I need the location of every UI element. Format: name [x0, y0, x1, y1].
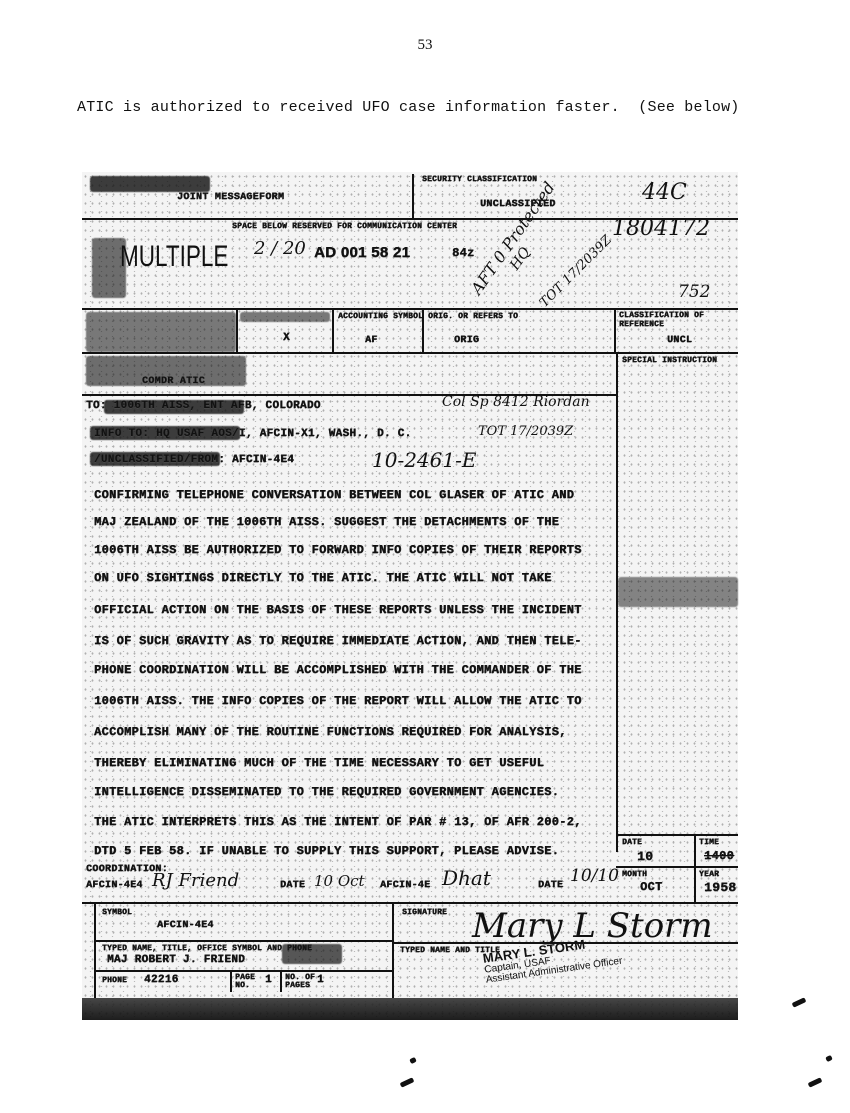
time-label: TIME — [699, 838, 719, 847]
coordination-first-office: AFCIN-4E4 — [86, 880, 143, 891]
scan-speck — [409, 1057, 417, 1064]
body-line: THEREBY ELIMINATING MUCH OF THE TIME NEC… — [94, 756, 544, 770]
body-line: PHONE COORDINATION WILL BE ACCOMPLISHED … — [94, 663, 582, 677]
date-value: 10 — [637, 849, 653, 864]
date-label: DATE — [622, 838, 642, 847]
symbol-label: SYMBOL — [102, 908, 132, 917]
phone-value: 42216 — [144, 974, 179, 986]
info-line: INFO TO: HQ USAF AOS/I, AFCIN-X1, WASH.,… — [94, 428, 411, 440]
divider — [280, 970, 282, 992]
redaction-blot — [90, 176, 210, 192]
type-msg-value: X — [283, 332, 290, 344]
handwritten-note: 752 — [678, 282, 710, 302]
body-line: IS OF SUCH GRAVITY AS TO REQUIRE IMMEDIA… — [94, 634, 582, 648]
body-line: DTD 5 FEB 58. IF UNABLE TO SUPPLY THIS S… — [94, 844, 559, 858]
divider — [94, 902, 96, 998]
coordination-first-signature: RJ Friend — [152, 870, 239, 891]
scan-smudge — [282, 944, 342, 964]
coordination-second-office: AFCIN-4E — [380, 880, 430, 891]
divider — [422, 308, 424, 352]
body-line: MAJ ZEALAND OF THE 1006TH AISS. SUGGEST … — [94, 515, 559, 529]
scan-bottom-edge — [82, 998, 738, 1020]
no-of-pages-label: NO. OF PAGES — [285, 974, 315, 990]
joint-messageform: JOINT MESSAGEFORM SECURITY CLASSIFICATIO… — [82, 172, 738, 1020]
page-number: 53 — [0, 37, 850, 54]
month-label: MONTH — [622, 870, 647, 879]
symbol-value: AFCIN-4E4 — [157, 920, 214, 931]
year-value: 1958 — [704, 880, 736, 895]
date-time-stamp: AD 001 58 21 — [314, 244, 410, 261]
stamp-suffix: 84z — [452, 246, 475, 260]
month-value: OCT — [640, 880, 663, 894]
coordination-second-signature: Dhat — [442, 866, 491, 890]
form-title: JOINT MESSAGEFORM — [177, 192, 284, 203]
redaction-blot — [86, 312, 236, 352]
divider — [236, 308, 238, 352]
body-line: 1006TH AISS BE AUTHORIZED TO FORWARD INF… — [94, 543, 582, 557]
divider — [82, 352, 738, 354]
accounting-symbol-label: ACCOUNTING SYMBOL — [338, 312, 423, 321]
page-caption: ATIC is authorized to received UFO case … — [77, 99, 740, 116]
year-label: YEAR — [699, 870, 719, 879]
to-handwritten: Col Sp 8412 Riordan — [442, 394, 590, 410]
divider — [412, 174, 414, 218]
divider — [94, 940, 392, 942]
coordination-second-date: 10/10 — [570, 866, 619, 886]
body-line: INTELLIGENCE DISSEMINATED TO THE REQUIRE… — [94, 785, 559, 799]
phone-label: PHONE — [102, 976, 127, 985]
special-instruction-label: SPECIAL INSTRUCTION — [622, 356, 717, 365]
scan-speck — [400, 1077, 415, 1087]
scan-speck — [825, 1055, 833, 1062]
handwritten-multiple: MULTIPLE — [120, 240, 228, 274]
divider — [94, 970, 392, 972]
scan-smudge — [618, 577, 738, 607]
classification-of-reference: UNCL — [667, 335, 692, 346]
coordination-date-label: DATE — [280, 880, 305, 891]
no-of-pages-value: 1 — [317, 974, 324, 986]
redaction-blot — [240, 312, 330, 322]
accounting-symbol: AF — [365, 335, 378, 346]
classification-of-reference-label: CLASSIFICATION OF REFERENCE — [619, 311, 737, 329]
handwritten-fraction: 2 / 20 — [254, 238, 306, 259]
body-line: ACCOMPLISH MANY OF THE ROUTINE FUNCTIONS… — [94, 725, 567, 739]
divider — [392, 902, 394, 998]
orig-or-refers-to: ORIG — [454, 335, 479, 346]
typed-name: MAJ ROBERT J. FRIEND — [107, 954, 245, 966]
page-no-label: PAGE NO. — [235, 974, 265, 990]
handwritten-note: 1804172 — [612, 216, 710, 241]
to-line: TO: 1006TH AISS, ENT AFB, COLORADO — [86, 400, 321, 412]
typed-name-label: TYPED NAME, TITLE, OFFICE SYMBOL AND PHO… — [102, 944, 312, 953]
coordination-first-date: 10 Oct — [314, 872, 365, 890]
divider — [332, 308, 334, 352]
scan-speck — [808, 1077, 823, 1087]
body-line: ON UFO SIGHTINGS DIRECTLY TO THE ATIC. T… — [94, 571, 552, 585]
info-handwritten: TOT 17/2039Z — [478, 424, 573, 439]
ref-handwritten: 10-2461-E — [372, 448, 476, 472]
security-classification-label: SECURITY CLASSIFICATION — [422, 175, 537, 184]
signature-label: SIGNATURE — [402, 908, 447, 917]
reserved-note: SPACE BELOW RESERVED FOR COMMUNICATION C… — [232, 222, 457, 231]
orig-or-refers-to-label: ORIG. OR REFERS TO — [428, 312, 518, 321]
from-line: COMDR ATIC — [142, 376, 205, 387]
ref-line: /UNCLASSIFIED/FROM: AFCIN-4E4 — [94, 454, 294, 466]
coordination-date-label-2: DATE — [538, 880, 563, 891]
body-line: THE ATIC INTERPRETS THIS AS THE INTENT O… — [94, 815, 582, 829]
scan-speck — [792, 997, 807, 1007]
divider — [82, 308, 738, 310]
body-line: 1006TH AISS. THE INFO COPIES OF THE REPO… — [94, 694, 582, 708]
divider — [694, 834, 696, 904]
page-no-value: 1 — [265, 974, 272, 986]
time-value: 1400 — [704, 849, 734, 863]
body-line: OFFICIAL ACTION ON THE BASIS OF THESE RE… — [94, 603, 582, 617]
divider — [616, 866, 738, 868]
handwritten-note: 44C — [642, 180, 687, 205]
body-line: CONFIRMING TELEPHONE CONVERSATION BETWEE… — [94, 488, 574, 502]
divider — [614, 308, 616, 352]
divider — [82, 902, 738, 904]
divider — [230, 970, 232, 992]
divider — [616, 834, 738, 836]
